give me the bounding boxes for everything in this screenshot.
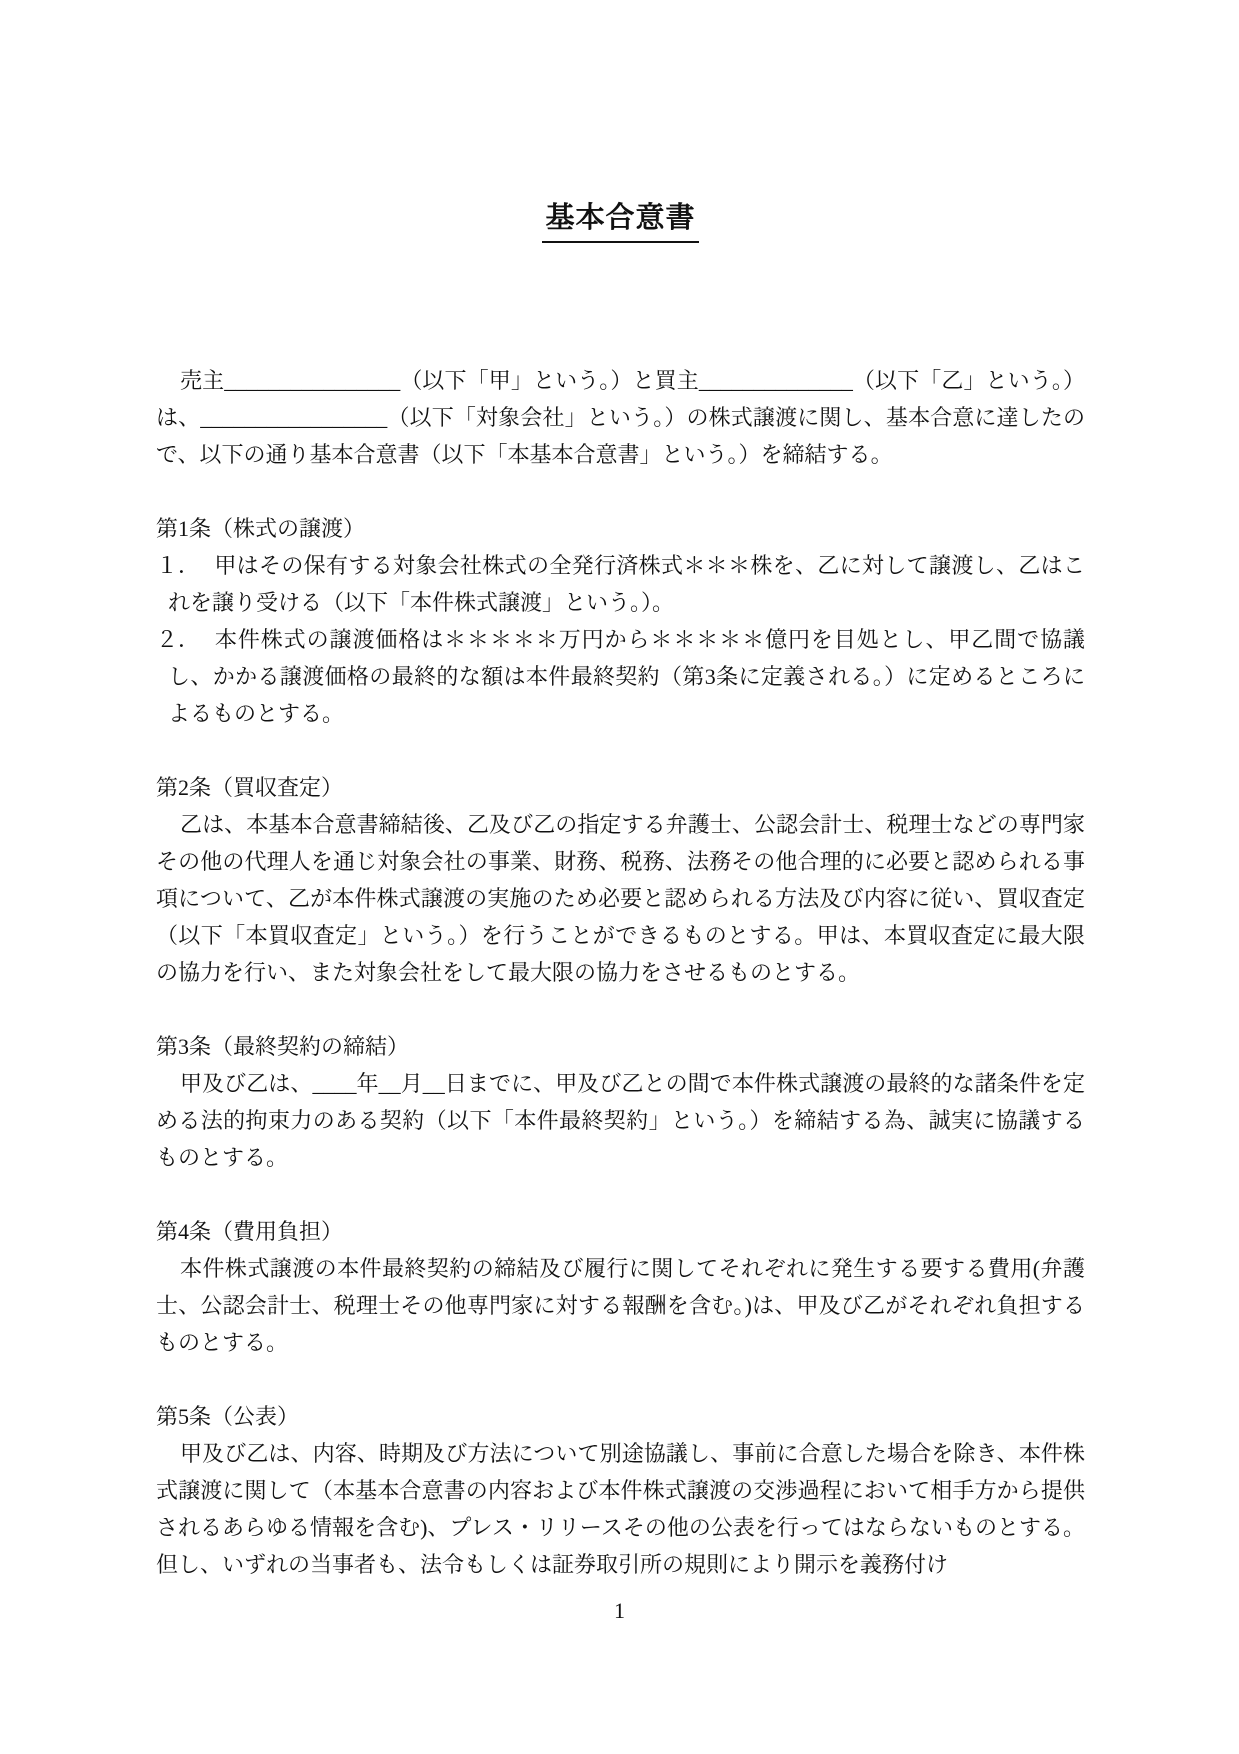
clause-text: 甲はその保有する対象会社株式の全発行済株式＊＊＊株を、乙に対して譲渡し、乙はこれ…	[168, 553, 1085, 615]
clause-text: 本件株式の譲渡価格は＊＊＊＊＊万円から＊＊＊＊＊億円を目処とし、甲乙間で協議し、…	[168, 627, 1085, 726]
clause-number: １．	[156, 547, 214, 584]
article-2-body: 乙は、本基本合意書締結後、乙及び乙の指定する弁護士、公認会計士、税理士などの専門…	[156, 806, 1085, 991]
page-number: 1	[0, 1596, 1239, 1626]
article-1-item-2: ２．本件株式の譲渡価格は＊＊＊＊＊万円から＊＊＊＊＊億円を目処とし、甲乙間で協議…	[156, 621, 1085, 732]
article-1-heading: 第1条（株式の譲渡）	[156, 510, 1085, 547]
article-2: 第2条（買収査定） 乙は、本基本合意書締結後、乙及び乙の指定する弁護士、公認会計…	[156, 769, 1085, 991]
article-1: 第1条（株式の譲渡） １．甲はその保有する対象会社株式の全発行済株式＊＊＊株を、…	[156, 510, 1085, 732]
article-2-heading: 第2条（買収査定）	[156, 769, 1085, 806]
clause-number: ２．	[156, 621, 214, 658]
article-3: 第3条（最終契約の締結） 甲及び乙は、____年__月__日までに、甲及び乙との…	[156, 1028, 1085, 1176]
article-1-item-1: １．甲はその保有する対象会社株式の全発行済株式＊＊＊株を、乙に対して譲渡し、乙は…	[156, 547, 1085, 621]
article-3-body: 甲及び乙は、____年__月__日までに、甲及び乙との間で本件株式譲渡の最終的な…	[156, 1065, 1085, 1176]
document-title: 基本合意書	[542, 199, 698, 243]
article-4-body: 本件株式譲渡の本件最終契約の締結及び履行に関してそれぞれに発生する要する費用(弁…	[156, 1250, 1085, 1361]
article-5-body: 甲及び乙は、内容、時期及び方法について別途協議し、事前に合意した場合を除き、本件…	[156, 1435, 1085, 1583]
article-5-heading: 第5条（公表）	[156, 1398, 1085, 1435]
title-container: 基本合意書	[156, 199, 1085, 243]
article-4: 第4条（費用負担） 本件株式譲渡の本件最終契約の締結及び履行に関してそれぞれに発…	[156, 1213, 1085, 1361]
opening-paragraph: 売主________________（以下「甲」という。）と買主________…	[156, 362, 1085, 473]
document-page: 基本合意書 売主________________（以下「甲」という。）と買主__…	[0, 0, 1239, 1754]
article-5: 第5条（公表） 甲及び乙は、内容、時期及び方法について別途協議し、事前に合意した…	[156, 1398, 1085, 1583]
article-3-heading: 第3条（最終契約の締結）	[156, 1028, 1085, 1065]
article-4-heading: 第4条（費用負担）	[156, 1213, 1085, 1250]
